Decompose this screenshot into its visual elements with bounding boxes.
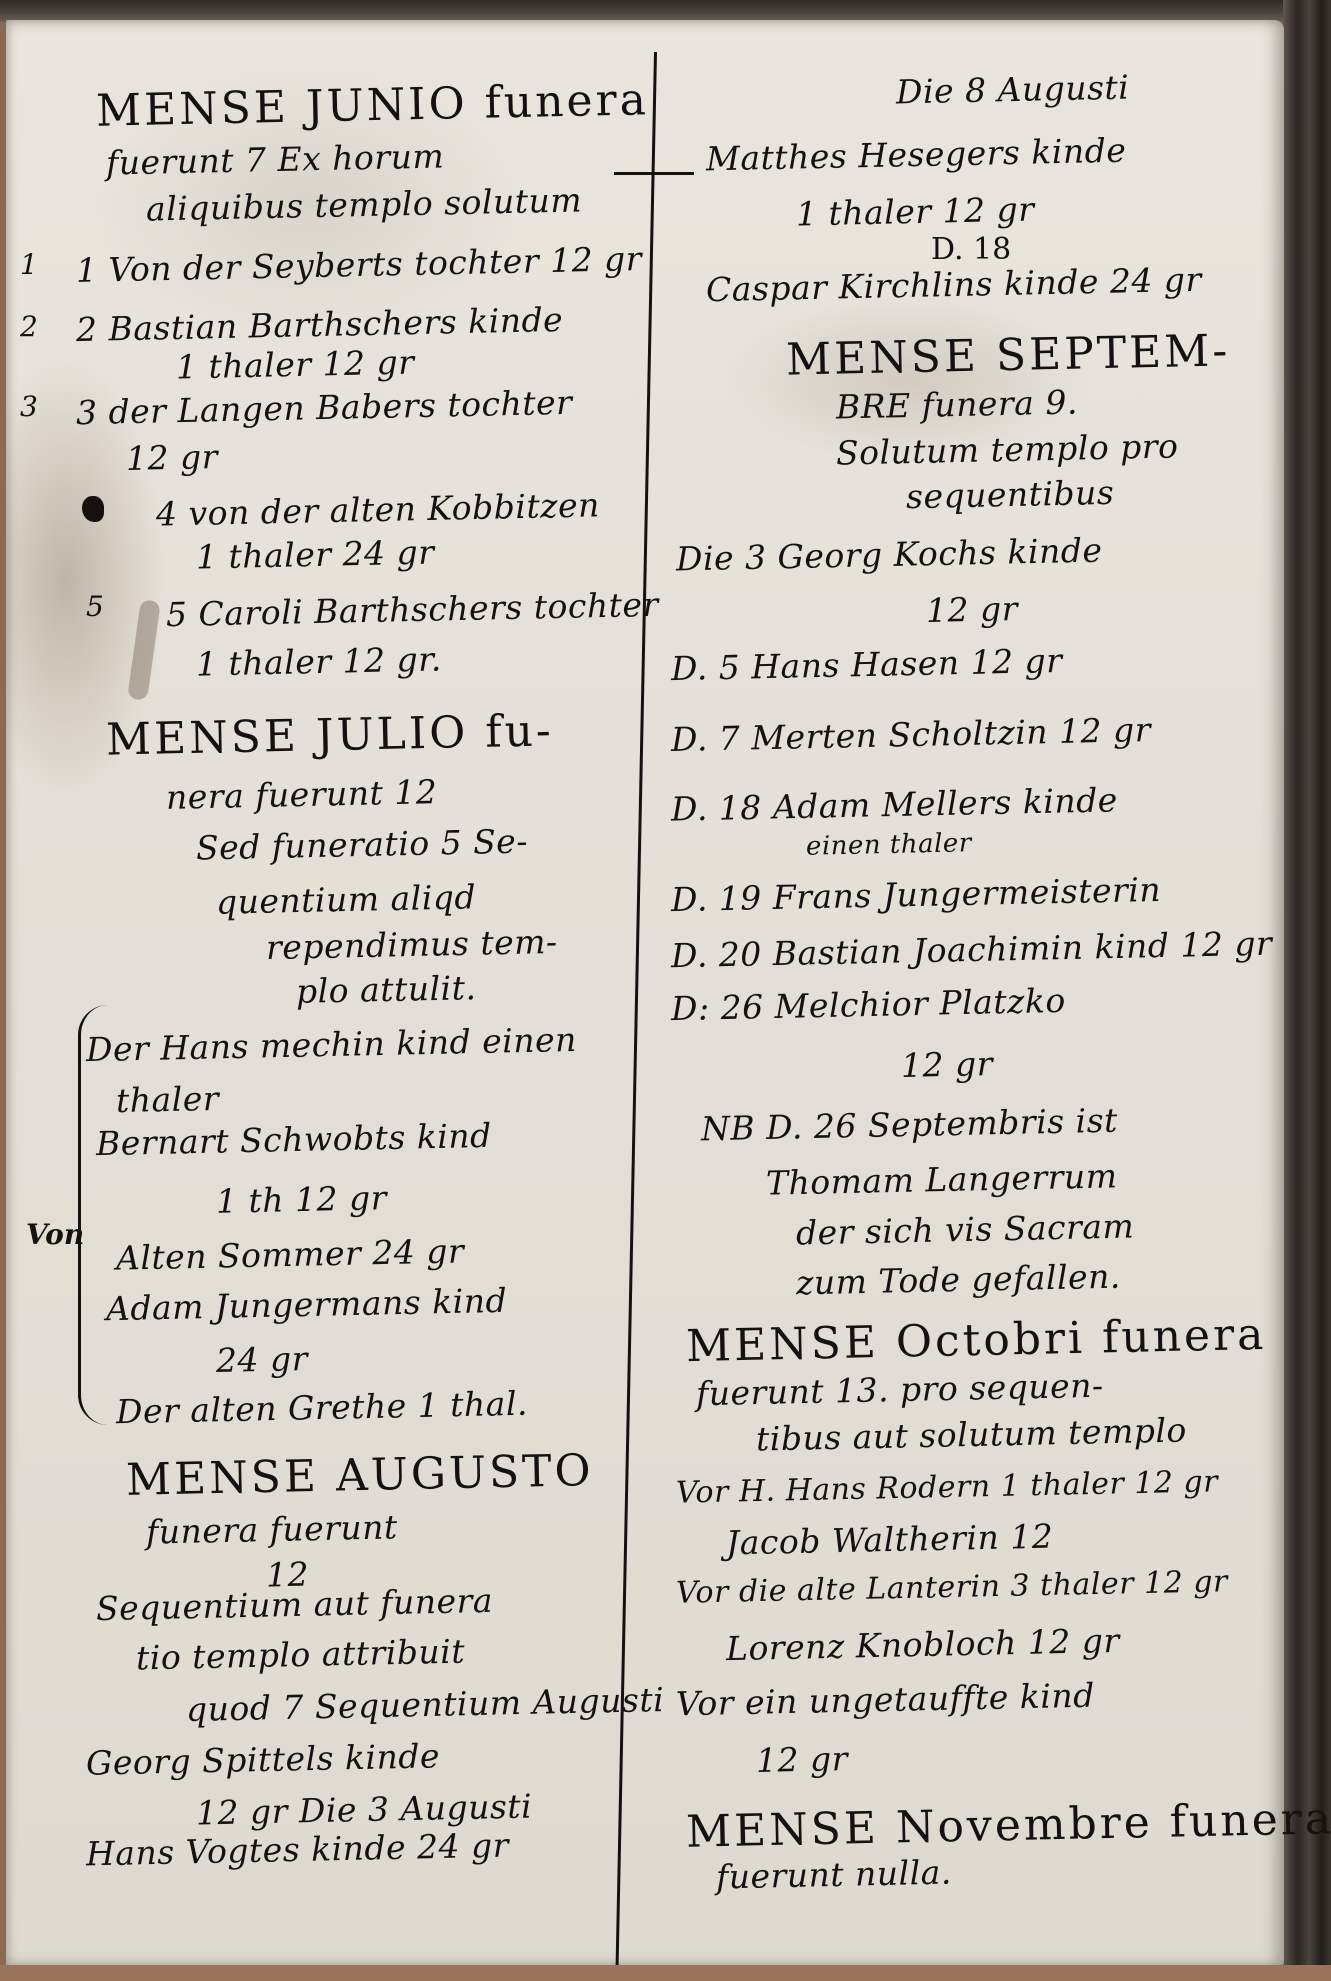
table-surface (0, 1965, 1331, 1981)
text-line: nera fuerunt 12 (166, 772, 438, 817)
interlinear-note: einen thaler (806, 828, 972, 861)
date-superscript: D. 18 (931, 232, 1011, 267)
text-line: BRE funera 9. (836, 382, 1079, 426)
entry-line: Lorenz Knobloch 12 gr (726, 1621, 1120, 1668)
text-line: funera fuerunt (146, 1507, 398, 1551)
entry-number-3: 3 (20, 390, 38, 423)
heading-mense-novembre: MENSE Novembre funera (686, 1793, 1331, 1858)
text-line: fuerunt 7 Ex horum (106, 136, 445, 182)
entry-line: D. 18 Adam Mellers kinde (671, 780, 1119, 828)
entry-line: D. 5 Hans Hasen 12 gr (671, 641, 1063, 688)
text-line: Sequentium aut funera (96, 1581, 494, 1628)
text-line: fuerunt 13. pro sequen- (696, 1366, 1104, 1414)
entry-line: Vor die alte Lanterin 3 thaler 12 gr (676, 1564, 1228, 1611)
heading-mense-augusto: MENSE AUGUSTO (126, 1445, 595, 1506)
text-line: plo attulit. (296, 968, 477, 1011)
amount-line: 1 thaler 12 gr. (196, 639, 443, 683)
entry-line: Die 3 Georg Kochs kinde (676, 531, 1103, 579)
text-line: zum Tode gefallen. (796, 1257, 1122, 1303)
entry-number-1: 1 (20, 248, 38, 281)
entry-line: D. 19 Frans Jungermeisterin (671, 870, 1162, 919)
entry-line: Der alten Grethe 1 thal. (116, 1384, 529, 1432)
entry-line: Jacob Waltherin 12 (726, 1517, 1054, 1563)
text-line: der sich vis Sacram (796, 1206, 1135, 1252)
heading-mense-octobri: MENSE Octobri funera (686, 1309, 1267, 1372)
amount-line: 12 gr (756, 1739, 849, 1780)
text-line: quod 7 Sequentium Augusti (186, 1680, 665, 1729)
entry-line: Adam Jungermans kind (106, 1281, 508, 1328)
text-line: tio templo attribuit (136, 1632, 466, 1678)
book-binding-edge (1283, 0, 1331, 1981)
text-line: Solutum templo pro (836, 426, 1179, 472)
date-line: Die 8 Augusti (896, 68, 1130, 112)
amount-line: 12 gr (901, 1044, 994, 1085)
manuscript-page: 1 2 3 5 Von MENSE JUNIO funera fuerunt 7… (6, 20, 1284, 1966)
entry-line: 4 von der alten Kobbitzen (156, 485, 601, 533)
amount-line: 24 gr (216, 1339, 309, 1380)
entry-line: Der Hans mechin kind einen (86, 1020, 577, 1069)
heading-mense-septembre: MENSE SEPTEM- (786, 325, 1231, 385)
entry-line: 3 der Langen Babers tochter (76, 383, 573, 432)
text-line: aliquibus templo solutum (146, 180, 583, 228)
nota-bene-line: NB D. 26 Septembris ist (701, 1101, 1119, 1149)
amount-line: 1 thaler 24 gr (196, 533, 435, 577)
right-column: Die 8 Augusti Matthes Hesegers kinde 1 t… (666, 20, 1266, 1966)
entry-line: Bernart Schwobts kind (96, 1116, 492, 1163)
entry-line: D. 20 Bastian Joachimin kind 12 gr (671, 924, 1273, 976)
amount-line: 1 th 12 gr (216, 1178, 388, 1221)
text-line: quentium aliqd (216, 877, 477, 921)
entry-line: 1 Von der Seyberts tochter 12 gr (76, 239, 643, 290)
heading-mense-junio: MENSE JUNIO funera (96, 74, 650, 137)
entry-line: Vor ein ungetauffte kind (676, 1676, 1095, 1724)
entry-line: 2 Bastian Barthschers kinde (76, 300, 564, 349)
entry-line: Caspar Kirchlins kinde 24 gr (706, 260, 1202, 309)
text-line: Thomam Langerrum (766, 1156, 1118, 1202)
entry-number-2: 2 (20, 310, 38, 343)
amount-line: 12 gr (926, 589, 1019, 630)
amount-line: 1 thaler 12 gr (796, 190, 1035, 234)
amount-line: 12 gr (126, 437, 219, 478)
entry-line: Alten Sommer 24 gr (116, 1231, 465, 1277)
text-line: fuerunt nulla. (716, 1853, 953, 1897)
entry-line: 5 Caroli Barthschers tochter (166, 585, 659, 634)
entry-line: Matthes Hesegers kinde (706, 131, 1127, 179)
text-line: sequentibus (906, 473, 1115, 516)
entry-line: D. 7 Merten Scholtzin 12 gr (671, 710, 1152, 759)
entry-line: D: 26 Melchior Platzko (671, 981, 1067, 1028)
entry-line: Georg Spittels kinde (86, 1736, 441, 1782)
left-column: MENSE JUNIO funera fuerunt 7 Ex horum al… (66, 20, 646, 1966)
text-line: Sed funeratio 5 Se- (196, 822, 529, 868)
entry-line: Hans Vogtes kinde 24 gr (86, 1826, 510, 1874)
text-line: tibus aut solutum templo (756, 1410, 1188, 1458)
heading-mense-julio: MENSE JULIO fu- (106, 705, 555, 765)
entry-line: Vor H. Hans Rodern 1 thaler 12 gr (676, 1464, 1219, 1510)
book-top-edge (0, 0, 1331, 22)
amount-line: thaler (116, 1079, 220, 1120)
text-line: rependimus tem- (266, 922, 558, 967)
amount-line: 1 thaler 12 gr (176, 343, 415, 387)
